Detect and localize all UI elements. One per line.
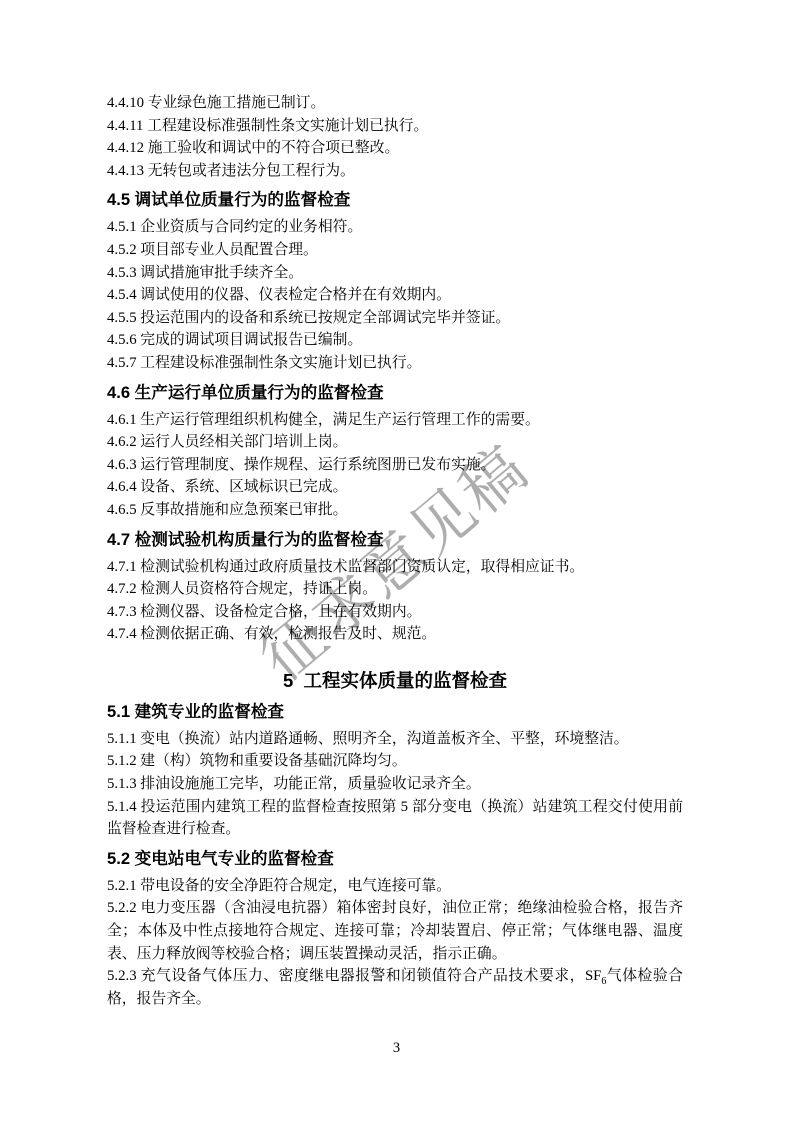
document-page: 征求意见稿 4.4.10 专业绿色施工措施已制订。 4.4.11 工程建设标准强…: [0, 0, 793, 1122]
clause-4-5-2: 4.5.2 项目部专业人员配置合理。: [107, 239, 683, 262]
clause-4-5-6: 4.5.6 完成的调试项目调试报告已编制。: [107, 329, 683, 352]
clause-4-5-3: 4.5.3 调试措施审批手续齐全。: [107, 262, 683, 285]
clause-4-4-12: 4.4.12 施工验收和调试中的不符合项已整改。: [107, 137, 683, 160]
clause-4-5-5: 4.5.5 投运范围内的设备和系统已按规定全部调试完毕并签证。: [107, 307, 683, 330]
clause-4-6-5: 4.6.5 反事故措施和应急预案已审批。: [107, 499, 683, 522]
clause-5-2-2: 5.2.2 电力变压器（含油浸电抗器）箱体密封良好，油位正常；绝缘油检验合格，报…: [107, 897, 683, 965]
section-heading-4-6: 4.6 生产运行单位质量行为的监督检查: [107, 381, 683, 405]
page-number: 3: [0, 1040, 793, 1057]
clause-4-5-7: 4.5.7 工程建设标准强制性条文实施计划已执行。: [107, 352, 683, 375]
clause-4-4-10: 4.4.10 专业绿色施工措施已制订。: [107, 92, 683, 115]
clause-4-5-1: 4.5.1 企业资质与合同约定的业务相符。: [107, 216, 683, 239]
clause-5-2-1: 5.2.1 带电设备的安全净距符合规定，电气连接可靠。: [107, 875, 683, 898]
clause-5-1-2: 5.1.2 建（构）筑物和重要设备基础沉降均匀。: [107, 750, 683, 773]
clause-4-4-11: 4.4.11 工程建设标准强制性条文实施计划已执行。: [107, 115, 683, 138]
chapter-heading-5: 5 工程实体质量的监督检查: [107, 668, 683, 694]
section-heading-5-1: 5.1 建筑专业的监督检查: [107, 700, 683, 724]
clause-4-6-4: 4.6.4 设备、系统、区域标识已完成。: [107, 476, 683, 499]
clause-4-6-3: 4.6.3 运行管理制度、操作规程、运行系统图册已发布实施。: [107, 454, 683, 477]
clause-5-1-1: 5.1.1 变电（换流）站内道路通畅、照明齐全，沟道盖板齐全、平整，环境整洁。: [107, 728, 683, 751]
section-heading-4-7: 4.7 检测试验机构质量行为的监督检查: [107, 528, 683, 552]
document-content: 4.4.10 专业绿色施工措施已制订。 4.4.11 工程建设标准强制性条文实施…: [107, 92, 683, 1010]
clause-4-6-1: 4.6.1 生产运行管理组织机构健全，满足生产运行管理工作的需要。: [107, 409, 683, 432]
clause-5-1-3: 5.1.3 排油设施施工完毕，功能正常，质量验收记录齐全。: [107, 773, 683, 796]
clause-4-4-13: 4.4.13 无转包或者违法分包工程行为。: [107, 160, 683, 183]
clause-4-5-4: 4.5.4 调试使用的仪器、仪表检定合格并在有效期内。: [107, 284, 683, 307]
clause-5-2-3-text: 5.2.3 充气设备气体压力、密度继电器报警和闭锁值符合产品技术要求，SF: [107, 968, 601, 984]
clause-4-7-4: 4.7.4 检测依据正确、有效，检测报告及时、规范。: [107, 623, 683, 646]
clause-5-2-3: 5.2.3 充气设备气体压力、密度继电器报警和闭锁值符合产品技术要求，SF6气体…: [107, 965, 683, 1010]
clause-4-6-2: 4.6.2 运行人员经相关部门培训上岗。: [107, 431, 683, 454]
section-heading-4-5: 4.5 调试单位质量行为的监督检查: [107, 188, 683, 212]
clause-4-7-1: 4.7.1 检测试验机构通过政府质量技术监督部门资质认定，取得相应证书。: [107, 556, 683, 579]
section-heading-5-2: 5.2 变电站电气专业的监督检查: [107, 847, 683, 871]
clause-4-7-3: 4.7.3 检测仪器、设备检定合格，且在有效期内。: [107, 601, 683, 624]
clause-5-1-4: 5.1.4 投运范围内建筑工程的监督检查按照第 5 部分变电（换流）站建筑工程交…: [107, 796, 683, 841]
clause-4-7-2: 4.7.2 检测人员资格符合规定，持证上岗。: [107, 578, 683, 601]
